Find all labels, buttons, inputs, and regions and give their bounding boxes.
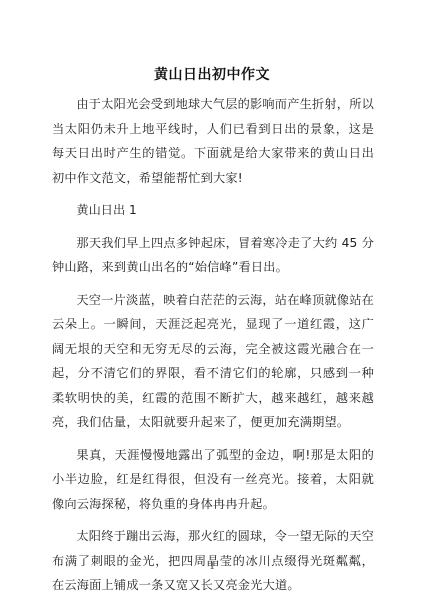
section-heading: 黄山日出 1 <box>52 198 374 223</box>
document-title: 黄山日出初中作文 <box>0 64 424 84</box>
paragraph: 果真，天涯慢慢地露出了弧型的金边，啊!那是太阳的小半边脸，红是红得很，但没有一丝… <box>52 443 374 517</box>
paragraph: 那天我们早上四点多钟起床，冒着寒冷走了大约 45 分钟山路，来到黄山出名的“始信… <box>52 231 374 280</box>
intro-paragraph: 由于太阳光会受到地球大气层的影响而产生折射，所以当太阳仍未升上地平线时，人们已看… <box>52 92 374 190</box>
page-number: 1 <box>0 560 424 572</box>
document-body: 由于太阳光会受到地球大气层的影响而产生折射，所以当太阳仍未升上地平线时，人们已看… <box>52 92 374 600</box>
paragraph: 天空一片淡蓝，映着白茫茫的云海，站在峰顶就像站在云朵上。一瞬间，天涯泛起亮光，显… <box>52 288 374 435</box>
document-page: 黄山日出初中作文 由于太阳光会受到地球大气层的影响而产生折射，所以当太阳仍未升上… <box>0 0 424 600</box>
